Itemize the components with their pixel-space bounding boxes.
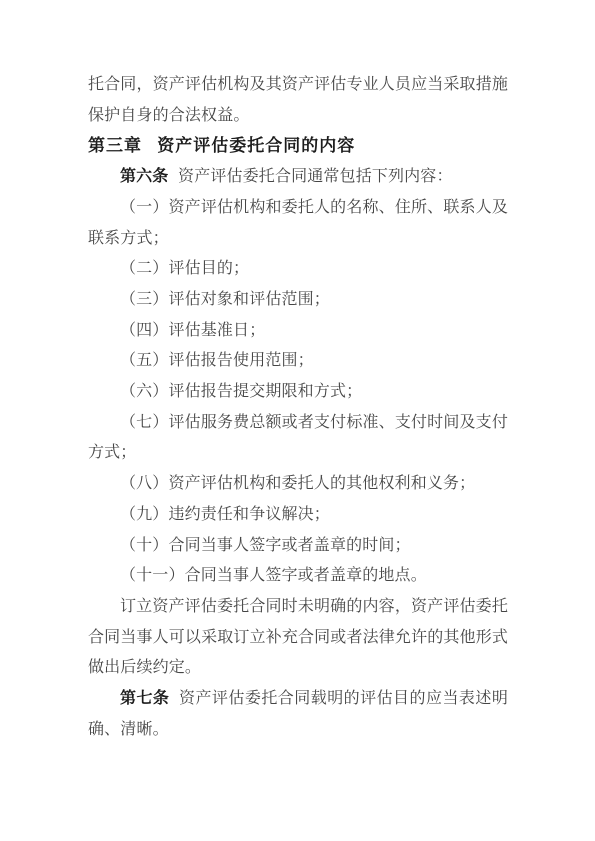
article-6-intro-text: 资产评估委托合同通常包括下列内容： bbox=[178, 168, 453, 185]
document-page: 托合同，资产评估机构及其资产评估专业人员应当采取措施保护自身的合法权益。 第三章… bbox=[0, 0, 595, 841]
article-6-intro: 第六条资产评估委托合同通常包括下列内容： bbox=[88, 162, 508, 193]
article-7-label: 第七条 bbox=[120, 690, 169, 707]
article-6-label: 第六条 bbox=[120, 168, 168, 185]
continuation-paragraph: 托合同，资产评估机构及其资产评估专业人员应当采取措施保护自身的合法权益。 bbox=[88, 70, 508, 131]
list-item: （十）合同当事人签字或者盖章的时间； bbox=[88, 531, 508, 562]
list-item: （二）评估目的； bbox=[88, 254, 508, 285]
list-item: （八）资产评估机构和委托人的其他权利和义务； bbox=[88, 469, 508, 500]
chapter-number: 第三章 bbox=[88, 136, 142, 155]
list-item: （五）评估报告使用范围； bbox=[88, 346, 508, 377]
list-item: （四）评估基准日； bbox=[88, 316, 508, 347]
list-item: （三）评估对象和评估范围； bbox=[88, 285, 508, 316]
chapter-title: 资产评估委托合同的内容 bbox=[157, 136, 355, 155]
list-item: （一）资产评估机构和委托人的名称、住所、联系人及联系方式； bbox=[88, 193, 508, 254]
article-7-paragraph: 第七条资产评估委托合同载明的评估目的应当表述明确、清晰。 bbox=[88, 684, 508, 745]
list-item: （九）违约责任和争议解决； bbox=[88, 500, 508, 531]
chapter-heading: 第三章资产评估委托合同的内容 bbox=[88, 131, 508, 162]
article-6-supplement-paragraph: 订立资产评估委托合同时未明确的内容，资产评估委托合同当事人可以采取订立补充合同或… bbox=[88, 592, 508, 684]
list-item: （七）评估服务费总额或者支付标准、支付时间及支付方式； bbox=[88, 408, 508, 469]
list-item: （十一）合同当事人签字或者盖章的地点。 bbox=[88, 561, 508, 592]
list-item: （六）评估报告提交期限和方式； bbox=[88, 377, 508, 408]
